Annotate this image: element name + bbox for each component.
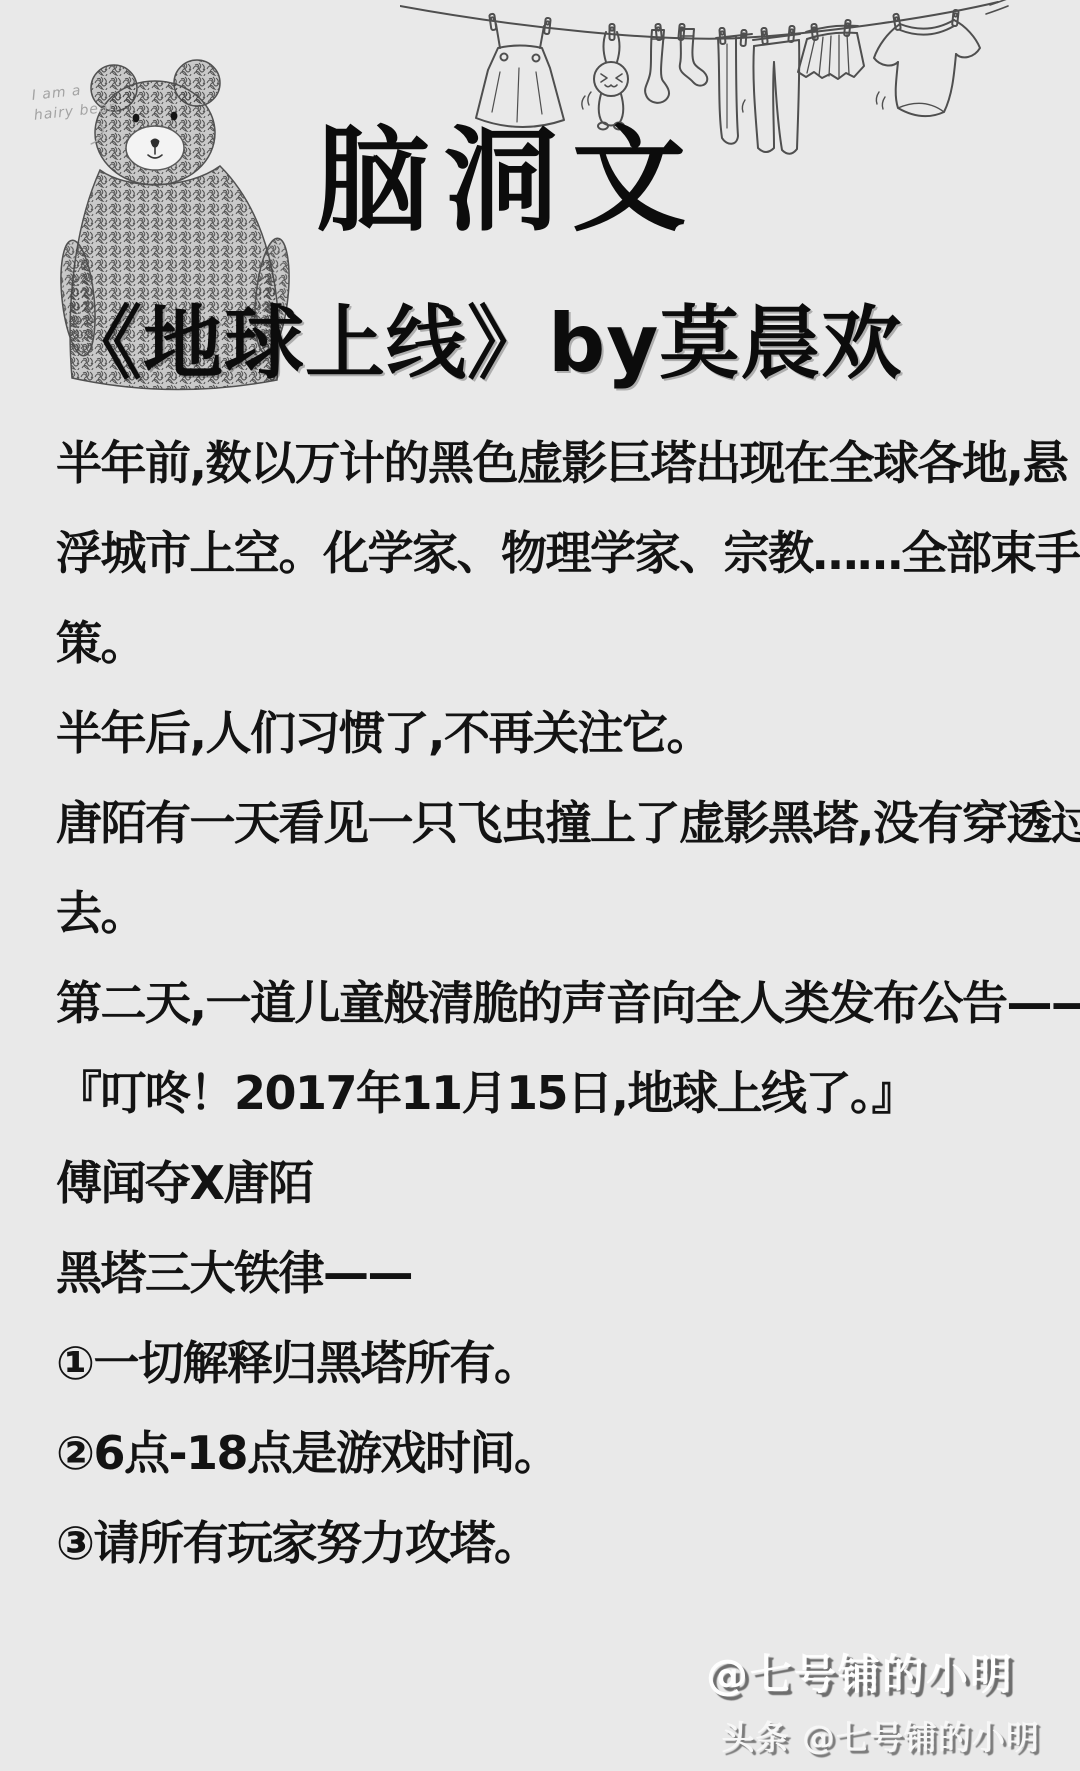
bear-caption-line1: I am a bbox=[31, 83, 82, 104]
body-line: 黑塔三大铁律—— bbox=[56, 1228, 1036, 1318]
pants-doodle bbox=[716, 34, 800, 154]
watermark-platform-handle: 头条 @七号铺的小明 bbox=[722, 1712, 1041, 1759]
body-line: 傅闻夺X唐陌 bbox=[56, 1138, 1036, 1228]
body-line: 第二天,一道儿童般清脆的声音向全人类发布公告—— bbox=[56, 958, 1036, 1048]
caption-flourish-icon bbox=[81, 121, 109, 148]
page-title: 脑洞文 bbox=[316, 118, 700, 243]
body-line: ②6点-18点是游戏时间。 bbox=[56, 1408, 1036, 1498]
body-line: 『叮咚！2017年11月15日,地球上线了。』 bbox=[56, 1048, 1036, 1138]
shirt-doodle bbox=[874, 20, 980, 116]
skirt-doodle bbox=[798, 26, 864, 79]
body-line: 半年后,人们习惯了,不再关注它。 bbox=[56, 688, 1036, 778]
poster-page: { "page": { "background": "#e9e9e9", "te… bbox=[0, 0, 1080, 1771]
socks-doodle bbox=[645, 29, 707, 103]
bear-caption: I am a hairy bear. bbox=[31, 74, 147, 152]
body-line: ①一切解释归黑塔所有。 bbox=[56, 1318, 1036, 1408]
body-line: 策。 bbox=[56, 598, 1036, 688]
overalls-doodle bbox=[476, 24, 564, 127]
watermark-author-handle: @七号铺的小明 bbox=[706, 1642, 1014, 1702]
synopsis-text: 半年前,数以万计的黑色虚影巨塔出现在全球各地,悬 浮城市上空。化学家、物理学家、… bbox=[56, 418, 1036, 1588]
bear-caption-line2: hairy bear. bbox=[33, 99, 120, 124]
body-line: 去。 bbox=[56, 868, 1036, 958]
clothespin-icon bbox=[489, 10, 958, 46]
body-line: 唐陌有一天看见一只飞虫撞上了虚影黑塔,没有穿透过 bbox=[56, 778, 1036, 868]
body-line: ③请所有玩家努力攻塔。 bbox=[56, 1498, 1036, 1588]
book-title-and-author: 《地球上线》by莫晨欢 bbox=[62, 300, 902, 388]
body-line: 浮城市上空。化学家、物理学家、宗教……全部束手无 bbox=[56, 508, 1036, 598]
body-line: 半年前,数以万计的黑色虚影巨塔出现在全球各地,悬 bbox=[56, 418, 1036, 508]
